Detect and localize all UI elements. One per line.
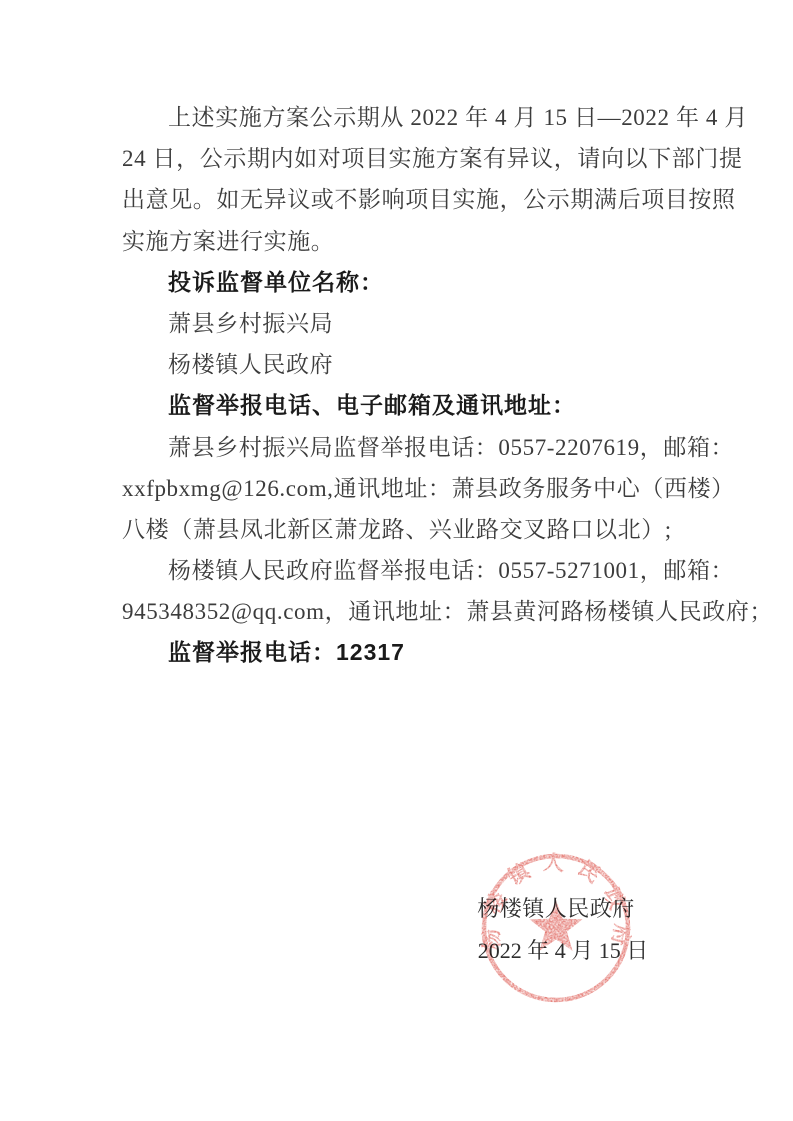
signature-date: 2022 年 4 月 15 日: [433, 939, 693, 963]
contact-line: 八楼（萧县凤北新区萧龙路、兴业路交叉路口以北）;: [122, 509, 678, 550]
official-seal: 杨楼镇人民政府: [471, 843, 641, 1013]
document-body: 上述实施方案公示期从 2022 年 4 月 15 日—2022 年 4 月 24…: [122, 97, 678, 674]
contact-line: 945348352@qq.com，通讯地址：萧县黄河路杨楼镇人民政府；: [122, 591, 678, 632]
section-heading-complaint-units: 投诉监督单位名称：: [122, 262, 678, 303]
paragraph-line: 24 日，公示期内如对项目实施方案有异议，请向以下部门提: [122, 138, 678, 179]
contact-line: 萧县乡村振兴局监督举报电话：0557-2207619，邮箱：: [122, 427, 678, 468]
document-page: 上述实施方案公示期从 2022 年 4 月 15 日—2022 年 4 月 24…: [0, 0, 793, 1121]
hotline-line: 监督举报电话：12317: [122, 632, 678, 673]
paragraph-line: 上述实施方案公示期从 2022 年 4 月 15 日—2022 年 4 月: [122, 97, 678, 138]
seal-ring: [484, 856, 628, 1000]
paragraph-line: 实施方案进行实施。: [122, 221, 678, 262]
paragraph-line: 出意见。如无异议或不影响项目实施，公示期满后项目按照: [122, 179, 678, 220]
unit-name-line: 杨楼镇人民政府: [122, 344, 678, 385]
signature-name: 杨楼镇人民政府: [426, 897, 686, 921]
contact-line: 杨楼镇人民政府监督举报电话：0557-5271001，邮箱：: [122, 550, 678, 591]
section-heading-contact-info: 监督举报电话、电子邮箱及通讯地址：: [122, 385, 678, 426]
unit-name-line: 萧县乡村振兴局: [122, 303, 678, 344]
contact-line: xxfpbxmg@126.com,通讯地址：萧县政务服务中心（西楼）: [122, 468, 678, 509]
